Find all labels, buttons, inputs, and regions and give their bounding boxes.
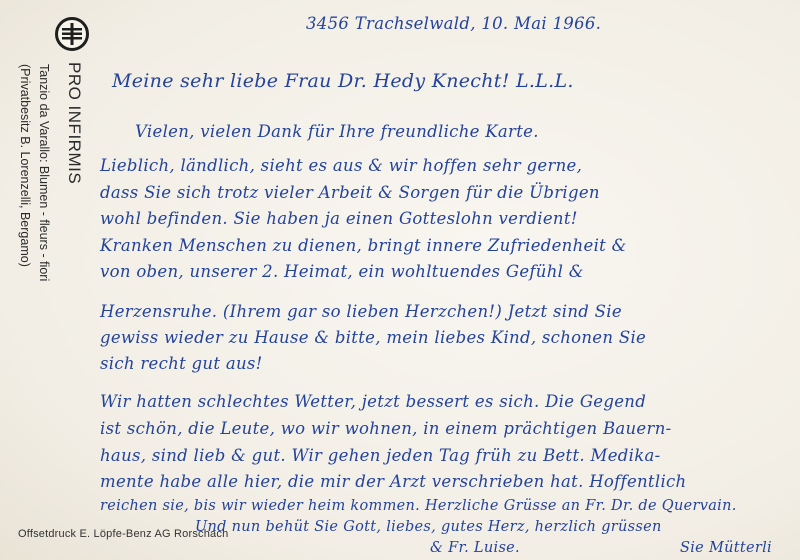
artwork-caption: Tanzio da Varallo: Blumen - fleurs - fio… <box>37 64 51 281</box>
letter-line: wohl befinden. Sie haben ja einen Gottes… <box>100 209 578 228</box>
letter-line: Wir hatten schlechtes Wetter, jetzt bess… <box>100 392 646 411</box>
letter-date-line: 3456 Trachselwald, 10. Mai 1966. <box>306 14 601 33</box>
postcard: PRO INFIRMIS Tanzio da Varallo: Blumen -… <box>0 0 800 560</box>
letter-line: Kranken Menschen zu dienen, bringt inner… <box>100 236 627 255</box>
letter-line: Lieblich, ländlich, sieht es aus & wir h… <box>100 156 582 175</box>
letter-line: Herzensruhe. (Ihrem gar so lieben Herzch… <box>100 302 622 321</box>
letter-line: sich recht gut aus! <box>100 354 263 373</box>
postcard-imprint: PRO INFIRMIS Tanzio da Varallo: Blumen -… <box>0 0 100 300</box>
letter-line: gewiss wieder zu Hause & bitte, mein lie… <box>100 328 646 347</box>
letter-line: haus, sind lieb & gut. Wir gehen jeden T… <box>100 446 661 465</box>
letter-line: von oben, unserer 2. Heimat, ein wohltue… <box>100 262 584 281</box>
artwork-ownership: (Privatbesitz B. Lorenzelli, Bergamo) <box>18 64 32 267</box>
letter-line: reichen sie, bis wir wieder heim kommen.… <box>100 498 737 514</box>
letter-line: dass Sie sich trotz vieler Arbeit & Sorg… <box>100 183 600 202</box>
pro-infirmis-logo-icon <box>55 17 89 51</box>
printer-imprint: Offsetdruck E. Löpfe-Benz AG Rorschach <box>18 528 228 540</box>
letter-line: Vielen, vielen Dank für Ihre freundliche… <box>135 122 539 141</box>
letter-closing: Und nun behüt Sie Gott, liebes, gutes He… <box>195 519 662 535</box>
letter-line: ist schön, die Leute, wo wir wohnen, in … <box>100 419 672 438</box>
organization-name: PRO INFIRMIS <box>64 62 84 184</box>
letter-line: mente habe alle hier, die mir der Arzt v… <box>100 472 686 491</box>
letter-signature: Sie Mütterli <box>680 540 772 556</box>
letter-postscript: & Fr. Luise. <box>430 540 520 556</box>
letter-salutation: Meine sehr liebe Frau Dr. Hedy Knecht! L… <box>112 70 574 92</box>
